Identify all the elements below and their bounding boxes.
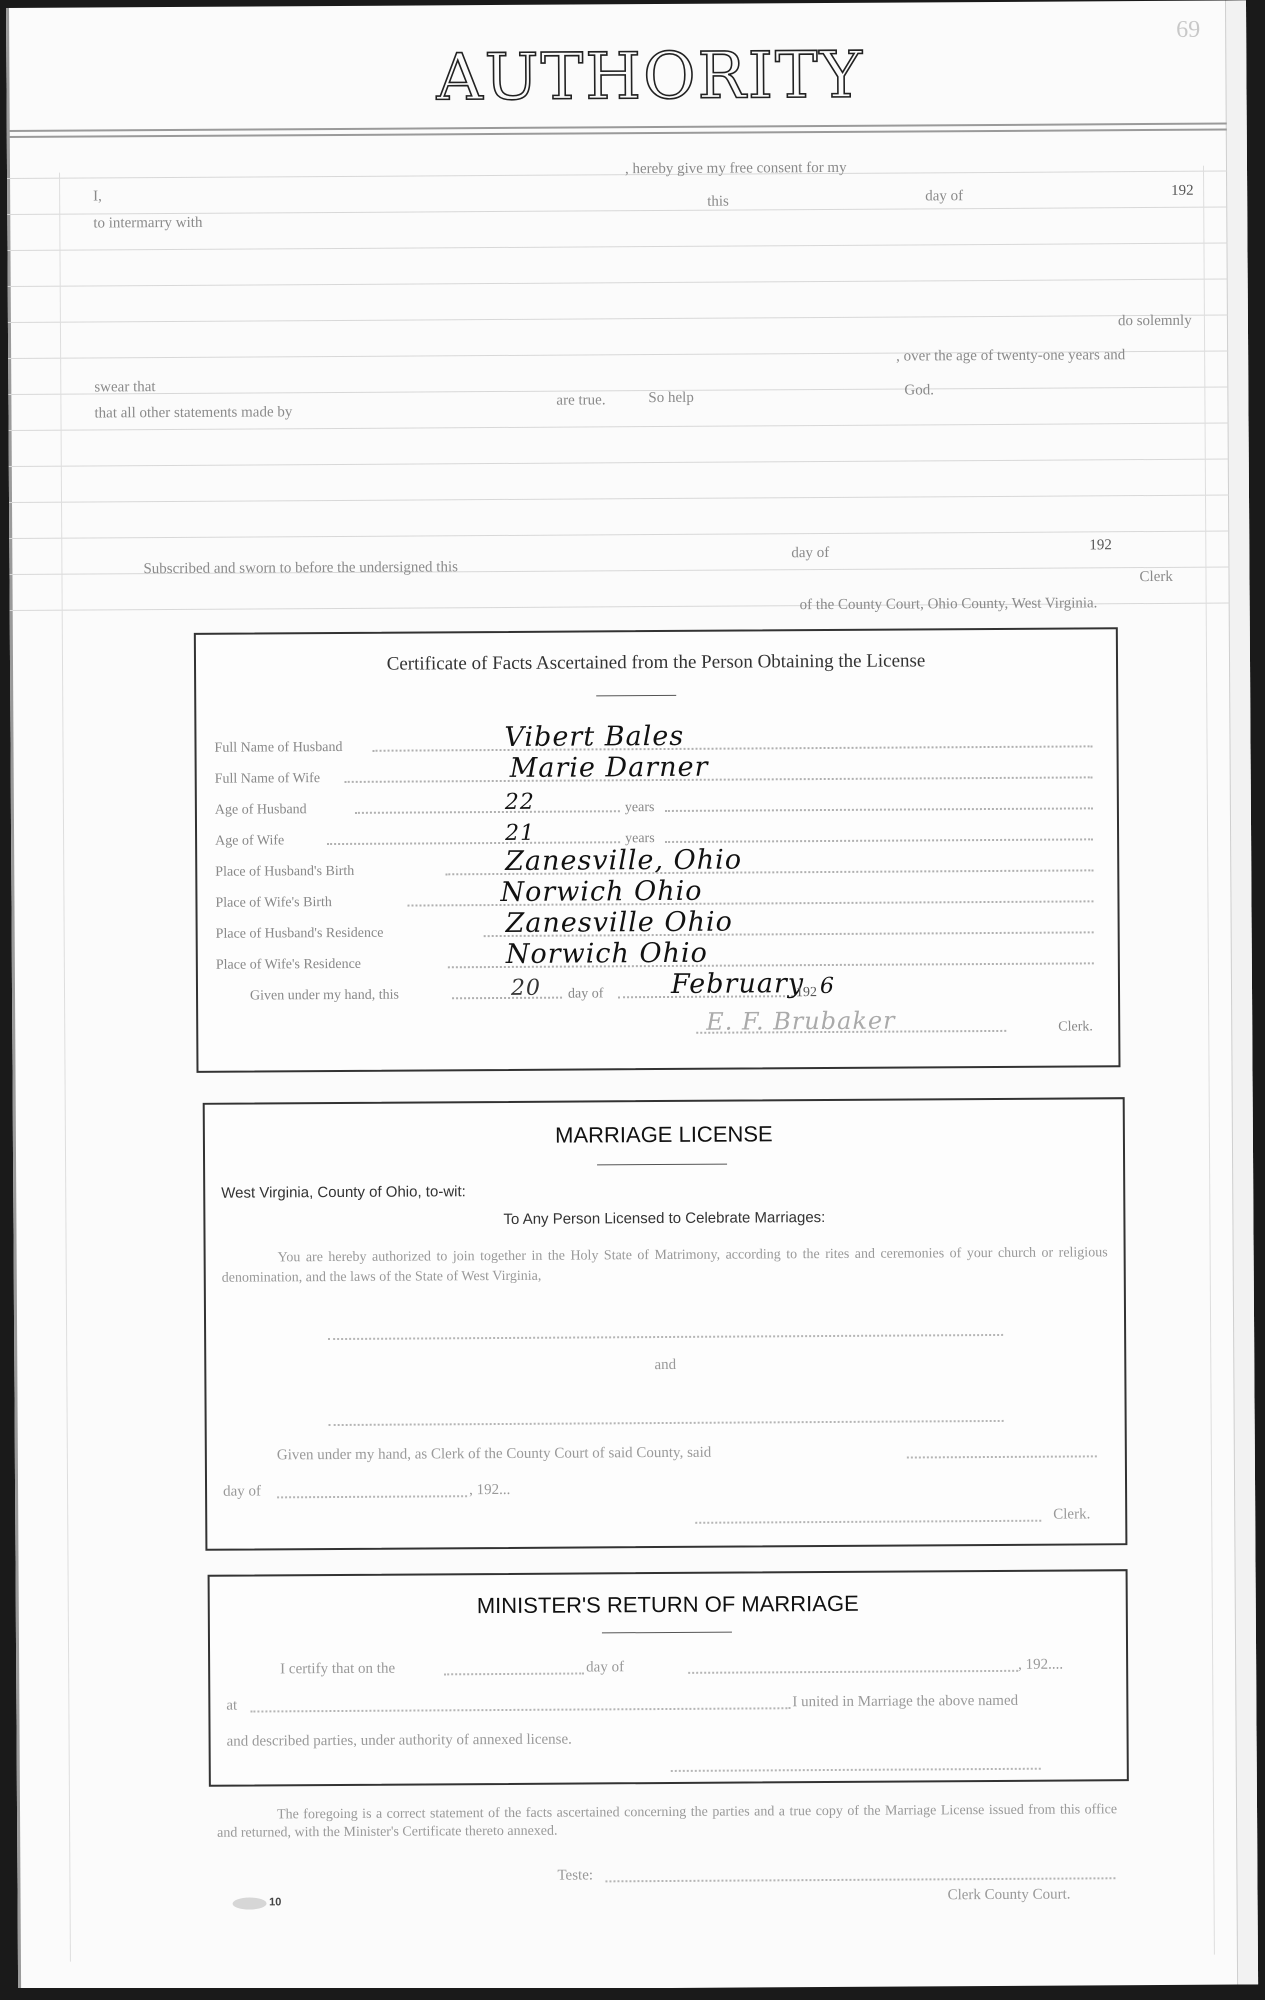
license-day-of: day of [223, 1480, 261, 1502]
return-place-line [250, 1707, 790, 1712]
field-wife-name: Full Name of Wife Marie Darner [215, 760, 1093, 789]
license-to-wit: West Virginia, County of Ohio, to-wit: [221, 1183, 466, 1201]
authority-intermarry: to intermarry with [93, 215, 202, 233]
husband-birth-value: Zanesville, Ohio [505, 845, 742, 877]
ledger-line [7, 171, 1227, 179]
printer-logo: 10 [233, 1896, 282, 1909]
ledger-line [9, 495, 1229, 503]
footer-statement: The foregoing is a correct statement of … [217, 1801, 1117, 1842]
margin-line [59, 173, 71, 1962]
oath-true: are true. [556, 392, 605, 409]
page-number: 69 [1176, 17, 1200, 44]
ledger-line [9, 459, 1229, 467]
party-two-line [329, 1420, 1004, 1426]
ledger-line [7, 207, 1227, 215]
footer-teste: Teste: [557, 1864, 593, 1886]
ledger-line [9, 531, 1229, 539]
sworn-year: 192 [1089, 537, 1112, 554]
year-prefix: 192 [796, 985, 817, 1001]
authority-year: 192 [1171, 183, 1194, 200]
oath-statements: that all other statements made by [94, 404, 292, 422]
return-at: at [226, 1695, 237, 1717]
field-label: Place of Husband's Birth [215, 864, 354, 881]
sworn-clerk: Clerk [1139, 569, 1172, 586]
husband-name-value: Vibert Bales [504, 721, 684, 753]
title-rule [597, 1164, 727, 1166]
sworn-clerk-of: of the County Court, Ohio County, West V… [800, 595, 1098, 614]
clerk-signature-row: E. F. Brubaker Clerk. [216, 1013, 1094, 1042]
ministers-return-box: MINISTER'S RETURN OF MARRIAGE I certify … [208, 1569, 1129, 1787]
authority-consent: , hereby give my free consent for my [625, 160, 847, 178]
license-clerk: Clerk. [1053, 1503, 1090, 1525]
husband-residence-value: Zanesville Ohio [506, 907, 733, 939]
return-described: and described parties, under authority o… [227, 1729, 572, 1753]
license-and: and [206, 1351, 1124, 1379]
book-spine [6, 8, 21, 1992]
dotted-line [452, 997, 562, 1000]
page-title: AUTHORITY [436, 39, 864, 116]
license-given: Given under my hand, as Clerk of the Cou… [277, 1442, 712, 1467]
return-day-of: day of [586, 1656, 624, 1678]
wife-age-value: 21 [505, 821, 535, 846]
dotted-line [373, 745, 1093, 751]
dotted-line [665, 807, 1093, 812]
title-rule [602, 1632, 732, 1634]
given-label: Given under my hand, this [250, 988, 399, 1005]
given-under-hand-row: Given under my hand, this 20 day of Febr… [216, 977, 1094, 1006]
dotted-line [665, 838, 1093, 843]
ledger-line [9, 423, 1229, 431]
marriage-license-box: MARRIAGE LICENSE West Virginia, County o… [203, 1097, 1128, 1551]
dotted-line [327, 841, 620, 845]
wife-birth-value: Norwich Ohio [500, 876, 702, 908]
printer-mark-icon [233, 1897, 267, 1909]
oath-age: , over the age of twenty-one years and [896, 347, 1125, 365]
license-title: MARRIAGE LICENSE [205, 1119, 1123, 1151]
field-label: Place of Wife's Birth [215, 895, 332, 912]
wife-name-value: Marie Darner [510, 752, 709, 784]
oath-god: God. [904, 382, 934, 399]
ledger-line [7, 243, 1227, 251]
field-label: Age of Wife [215, 833, 284, 849]
wife-residence-value: Norwich Ohio [506, 938, 708, 970]
field-label: Age of Husband [215, 802, 307, 819]
return-day-line [444, 1672, 584, 1675]
years-label: years [625, 800, 655, 816]
oath-swear: swear that [94, 379, 155, 396]
field-label: Full Name of Wife [215, 771, 320, 788]
dotted-line [355, 810, 620, 814]
oath-solemnly: do solemnly [1118, 313, 1192, 330]
authority-this: this [707, 194, 729, 211]
ledger-page: 69 AUTHORITY I, , hereby give my free co… [6, 0, 1258, 1992]
certificate-of-facts-box: Certificate of Facts Ascertained from th… [194, 627, 1121, 1073]
husband-age-value: 22 [505, 790, 535, 815]
authority-day-of: day of [925, 188, 963, 205]
field-label: Place of Wife's Residence [216, 957, 361, 974]
sworn-day-of: day of [791, 545, 829, 562]
day-line [907, 1455, 1097, 1458]
return-certify: I certify that on the [280, 1658, 395, 1681]
field-wife-residence: Place of Wife's Residence Norwich Ohio [216, 946, 1094, 975]
return-title: MINISTER'S RETURN OF MARRIAGE [210, 1589, 1126, 1621]
license-year: , 192... [469, 1479, 510, 1501]
ledger-line [8, 279, 1228, 287]
clerk-signature: E. F. Brubaker [706, 1007, 896, 1036]
license-authorization: You are hereby authorized to join togeth… [222, 1243, 1108, 1288]
certificate-title: Certificate of Facts Ascertained from th… [196, 649, 1116, 677]
return-year: , 192.... [1018, 1654, 1063, 1676]
clerk-line [695, 1520, 1041, 1524]
day-of-label: day of [568, 986, 603, 1002]
form-number: 10 [269, 1896, 281, 1908]
party-one-line [328, 1334, 1003, 1340]
field-husband-age: Age of Husband 22 years [215, 791, 1093, 820]
year-suffix-value: 6 [820, 974, 835, 999]
given-day-value: 20 [511, 976, 541, 1001]
sworn-text: Subscribed and sworn to before the under… [143, 559, 458, 578]
title-rule [596, 695, 676, 696]
given-month-value: February [671, 968, 804, 1000]
return-united: I united in Marriage the above named [792, 1690, 1018, 1713]
return-month-line [688, 1670, 1018, 1674]
field-label: Full Name of Husband [214, 740, 342, 757]
month-line [277, 1495, 467, 1498]
ledger-line [8, 315, 1228, 323]
clerk-label: Clerk. [1058, 1019, 1093, 1035]
field-label: Place of Husband's Residence [216, 926, 384, 943]
page-edge [1225, 0, 1258, 1984]
minister-signature-line [671, 1768, 1041, 1772]
teste-signature-line [605, 1877, 1115, 1882]
dotted-line [345, 776, 1093, 783]
footer-clerk-court: Clerk County Court. [947, 1884, 1070, 1907]
oath-so-help: So help [648, 390, 694, 407]
margin-line [1203, 166, 1215, 1955]
scan-background [0, 1988, 1265, 2000]
ledger-line [8, 387, 1228, 395]
license-addressee: To Any Person Licensed to Celebrate Marr… [205, 1207, 1123, 1230]
authority-i: I, [93, 188, 102, 205]
